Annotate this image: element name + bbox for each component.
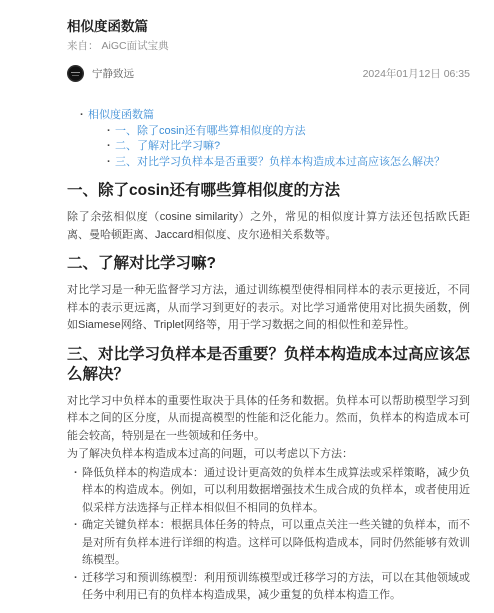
page-title: 相似度函数篇 xyxy=(67,18,470,35)
list-item: 确定关键负样本：根据具体任务的特点，可以重点关注一些关键的负样本，而不是对所有负… xyxy=(82,517,470,570)
author-row: 宁静致远 2024年01月12日 06:35 xyxy=(67,65,470,82)
section-3-paragraph: 对比学习中负样本的重要性取决于具体的任务和数据。负样本可以帮助模型学习到样本之间… xyxy=(67,393,470,446)
toc-link-section-1[interactable]: 一、除了cosin还有哪些算相似度的方法 xyxy=(115,125,306,137)
toc-link-section-2[interactable]: 二、了解对比学习嘛? xyxy=(115,140,220,152)
solutions-list: 降低负样本的构造成本：通过设计更高效的负样本生成算法或采样策略，减少负样本的构造… xyxy=(67,465,470,605)
toc-item: 三、对比学习负样本是否重要？负样本构造成本过高应该怎么解决？ xyxy=(115,155,470,171)
article-page: 相似度函数篇 来自：AiGC面试宝典 宁静致远 2024年01月12日 06:3… xyxy=(0,0,494,605)
section-3-paragraph: 为了解决负样本构造成本过高的问题，可以考虑以下方法： xyxy=(67,446,470,464)
table-of-contents: 相似度函数篇 一、除了cosin还有哪些算相似度的方法 二、了解对比学习嘛? 三… xyxy=(67,108,470,170)
section-2: 二、了解对比学习嘛? 对比学习是一种无监督学习方法，通过训练模型使得相同样本的表… xyxy=(67,254,470,335)
toc-link-section-3[interactable]: 三、对比学习负样本是否重要？负样本构造成本过高应该怎么解决？ xyxy=(115,156,445,168)
avatar[interactable] xyxy=(67,65,84,82)
section-1-heading: 一、除了cosin还有哪些算相似度的方法 xyxy=(67,181,470,201)
source-line: 来自：AiGC面试宝典 xyxy=(67,40,470,53)
toc-item-root: 相似度函数篇 一、除了cosin还有哪些算相似度的方法 二、了解对比学习嘛? 三… xyxy=(88,108,470,170)
section-2-heading: 二、了解对比学习嘛? xyxy=(67,254,470,274)
section-2-paragraph: 对比学习是一种无监督学习方法，通过训练模型使得相同样本的表示更接近，不同样本的表… xyxy=(67,282,470,335)
toc-item: 二、了解对比学习嘛? xyxy=(115,139,470,155)
publish-date: 2024年01月12日 06:35 xyxy=(363,66,470,81)
author-name: 宁静致远 xyxy=(92,66,134,81)
list-item: 降低负样本的构造成本：通过设计更高效的负样本生成算法或采样策略，减少负样本的构造… xyxy=(82,465,470,518)
section-1-paragraph: 除了余弦相似度（cosine similarity）之外，常见的相似度计算方法还… xyxy=(67,209,470,244)
list-item: 迁移学习和预训练模型：利用预训练模型或迁移学习的方法，可以在其他领域或任务中利用… xyxy=(82,570,470,605)
section-3: 三、对比学习负样本是否重要？负样本构造成本过高应该怎么解决？ 对比学习中负样本的… xyxy=(67,345,470,605)
toc-item: 一、除了cosin还有哪些算相似度的方法 xyxy=(115,124,470,140)
section-3-heading: 三、对比学习负样本是否重要？负样本构造成本过高应该怎么解决？ xyxy=(67,345,470,385)
toc-link-root[interactable]: 相似度函数篇 xyxy=(88,109,154,121)
source-label: 来自： xyxy=(67,40,99,52)
section-1: 一、除了cosin还有哪些算相似度的方法 除了余弦相似度（cosine simi… xyxy=(67,181,470,244)
source-name: AiGC面试宝典 xyxy=(102,40,169,52)
